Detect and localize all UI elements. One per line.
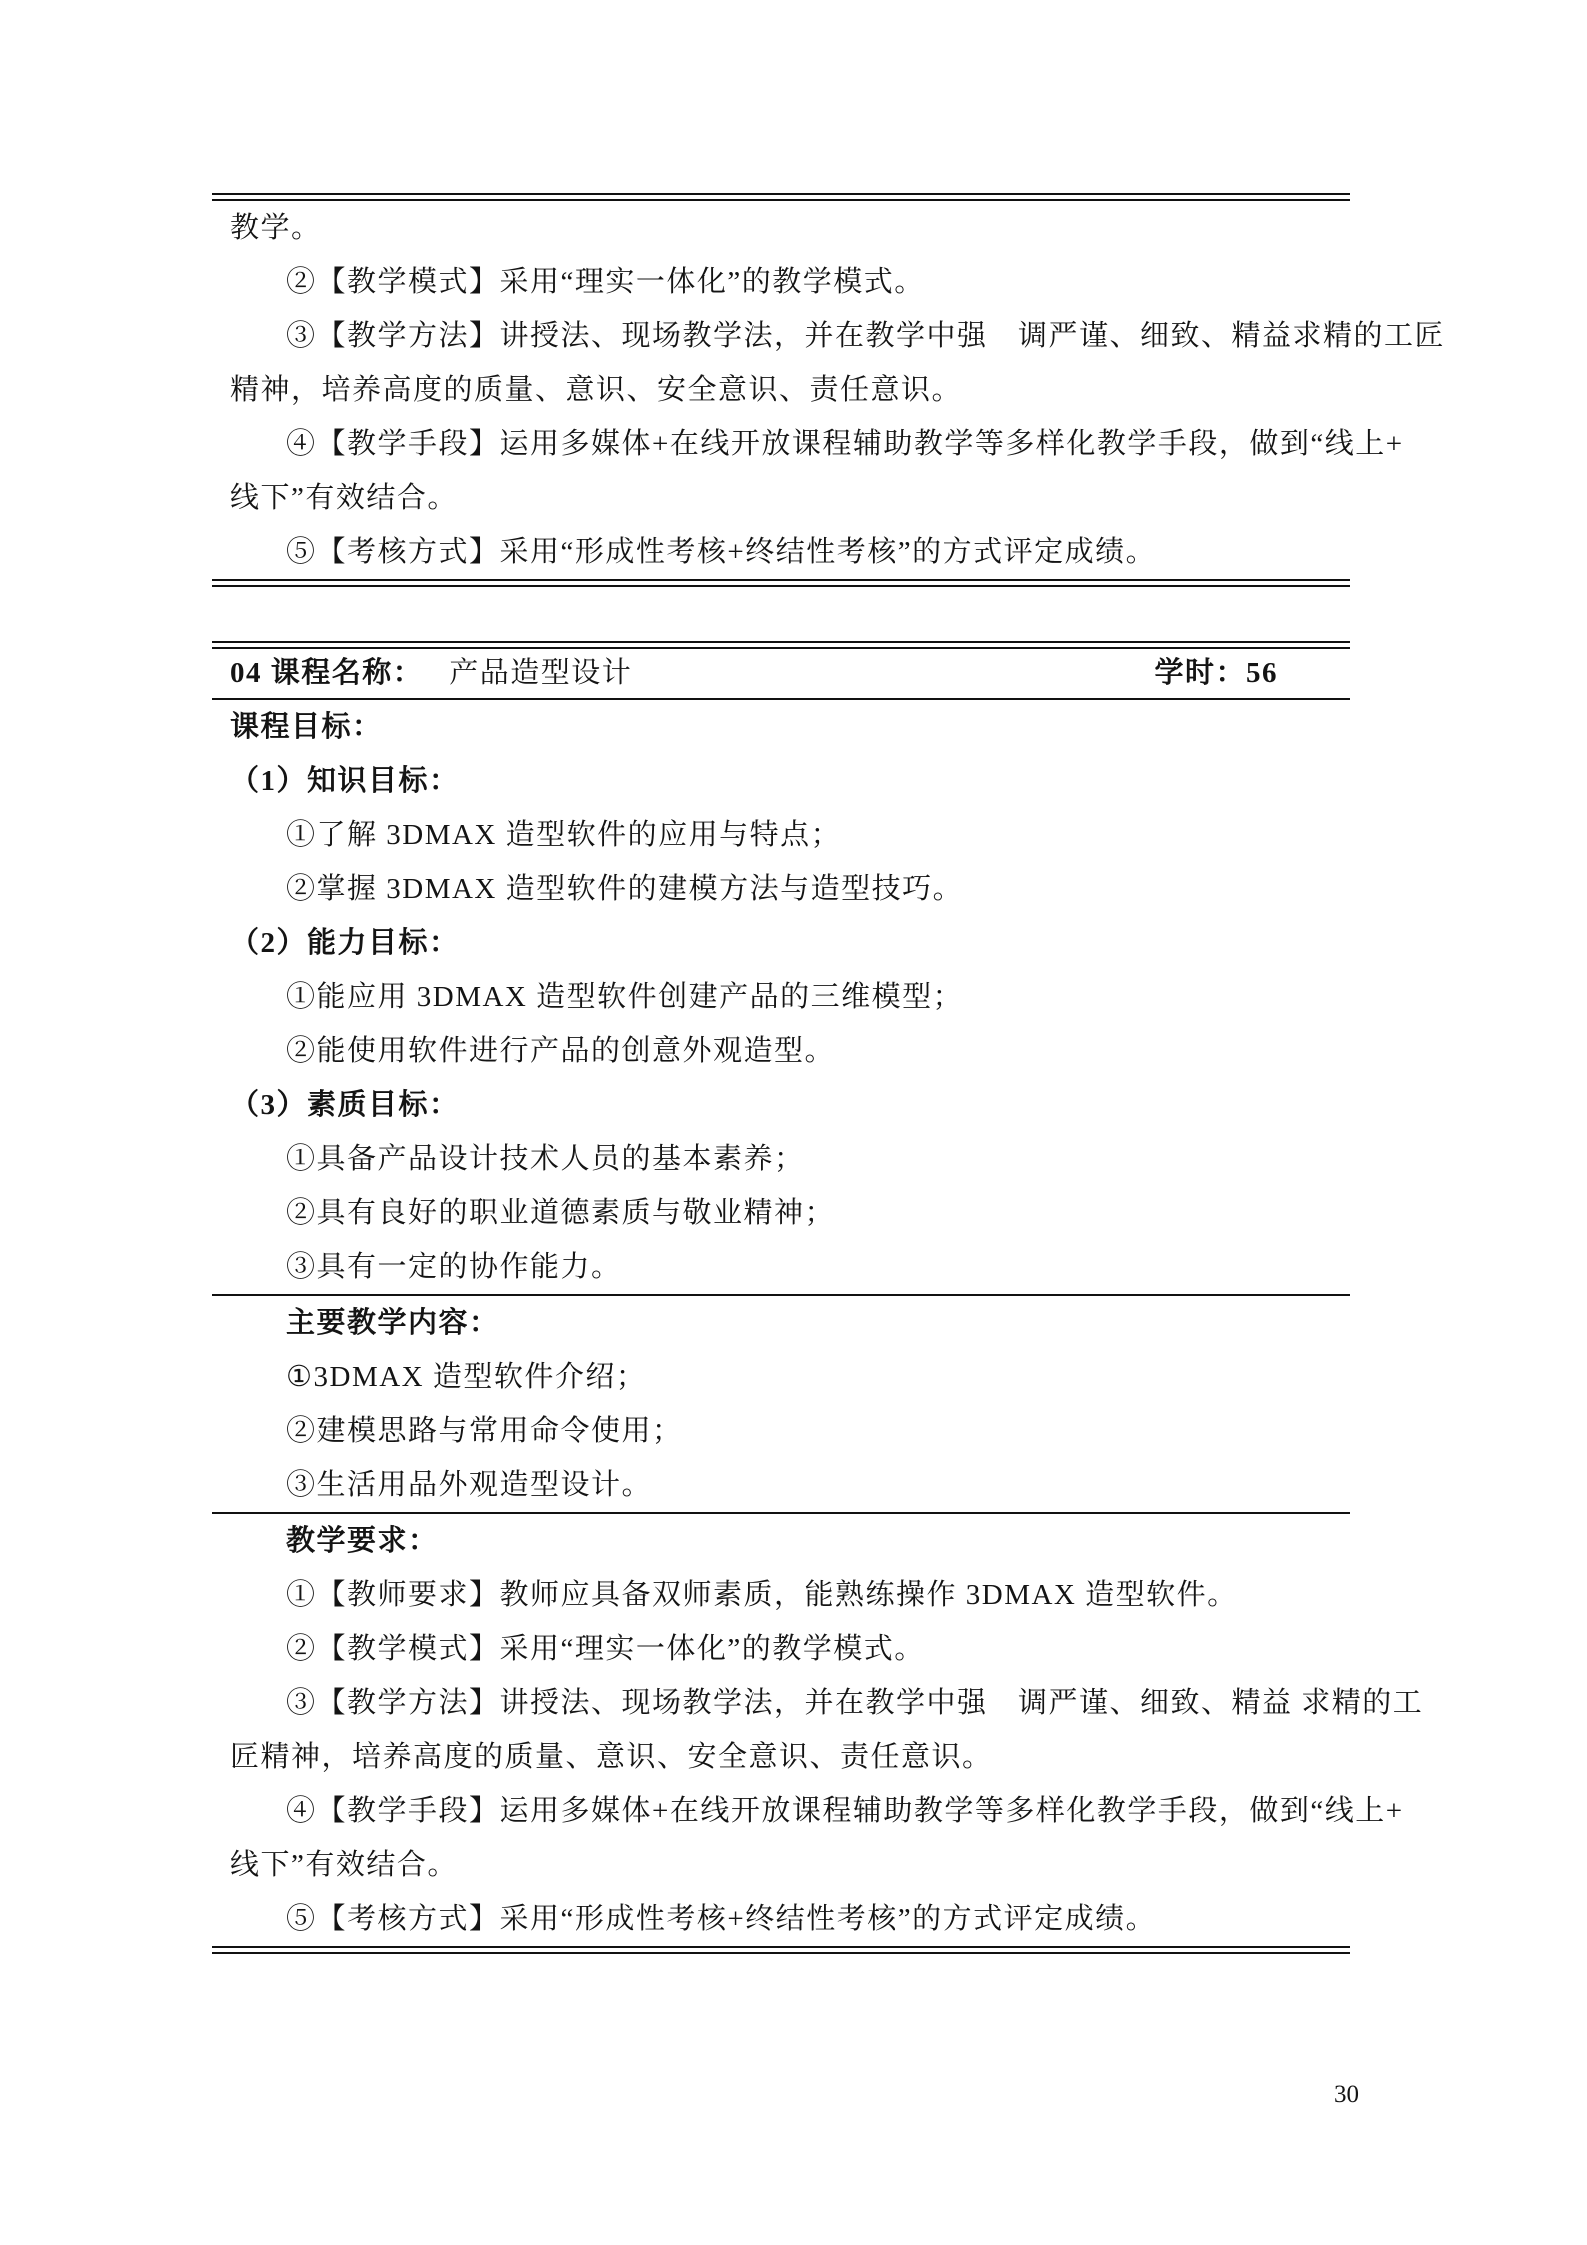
prev-course-teaching-requirements: 教学。 ②【教学模式】采用“理实一体化”的教学模式。 ③【教学方法】讲授法、现场… <box>212 201 1350 579</box>
teaching-content-section: 主要教学内容： ①3DMAX 造型软件介绍； ②建模思路与常用命令使用； ③生活… <box>212 1296 1350 1512</box>
section-title: 课程目标： <box>212 700 1350 754</box>
paragraph-line: ⑤【考核方式】采用“形成性考核+终结性考核”的方式评定成绩。 <box>212 525 1350 579</box>
hours-value: 56 <box>1246 657 1278 689</box>
course-goals-section: 课程目标： （1）知识目标： ①了解 3DMAX 造型软件的应用与特点； ②掌握… <box>212 700 1350 1294</box>
course-title: 04 课程名称：产品造型设计 <box>230 649 632 698</box>
table-border-double-top <box>212 193 1350 201</box>
hours-label: 学时： <box>1154 657 1246 689</box>
goal-heading: （1）知识目标： <box>212 754 1350 808</box>
goal-heading: （2）能力目标： <box>212 916 1350 970</box>
course-table-border-bottom <box>212 1946 1350 1954</box>
section-title: 主要教学内容： <box>212 1296 1350 1350</box>
goal-item: ②能使用软件进行产品的创意外观造型。 <box>212 1024 1350 1078</box>
requirement-line: ④【教学手段】运用多媒体+在线开放课程辅助教学等多样化教学手段，做到“线上+ <box>212 1784 1350 1838</box>
goal-item: ③具有一定的协作能力。 <box>212 1240 1350 1294</box>
document-page: 教学。 ②【教学模式】采用“理实一体化”的教学模式。 ③【教学方法】讲授法、现场… <box>0 0 1587 2245</box>
requirement-line: ⑤【考核方式】采用“形成性考核+终结性考核”的方式评定成绩。 <box>212 1892 1350 1946</box>
content-item: ③生活用品外观造型设计。 <box>212 1458 1350 1512</box>
paragraph-line: 线下”有效结合。 <box>212 471 1350 525</box>
paragraph-line: 精神，培养高度的质量、意识、安全意识、责任意识。 <box>212 363 1350 417</box>
goal-heading: （3）素质目标： <box>212 1078 1350 1132</box>
paragraph-line: ④【教学手段】运用多媒体+在线开放课程辅助教学等多样化教学手段，做到“线上+ <box>212 417 1350 471</box>
section-title: 教学要求： <box>212 1514 1350 1568</box>
goal-item: ②具有良好的职业道德素质与敬业精神； <box>212 1186 1350 1240</box>
goal-item: ①能应用 3DMAX 造型软件创建产品的三维模型； <box>212 970 1350 1024</box>
table-border-double-bottom <box>212 579 1350 587</box>
content-column: 教学。 ②【教学模式】采用“理实一体化”的教学模式。 ③【教学方法】讲授法、现场… <box>212 0 1350 1954</box>
course-hours: 学时：56 <box>1154 649 1278 698</box>
content-item: ②建模思路与常用命令使用； <box>212 1404 1350 1458</box>
content-item: ①3DMAX 造型软件介绍； <box>212 1350 1350 1404</box>
requirement-line: ②【教学模式】采用“理实一体化”的教学模式。 <box>212 1622 1350 1676</box>
teaching-requirements-section: 教学要求： ①【教师要求】教师应具备双师素质，能熟练操作 3DMAX 造型软件。… <box>212 1514 1350 1946</box>
course-header-row: 04 课程名称：产品造型设计 学时：56 <box>212 649 1350 698</box>
goal-item: ①了解 3DMAX 造型软件的应用与特点； <box>212 808 1350 862</box>
top-margin <box>212 0 1350 193</box>
goal-item: ①具备产品设计技术人员的基本素养； <box>212 1132 1350 1186</box>
requirement-line: 匠精神，培养高度的质量、意识、安全意识、责任意识。 <box>212 1730 1350 1784</box>
course-label: 04 课程名称： <box>230 657 423 689</box>
page-number: 30 <box>1334 2080 1359 2110</box>
paragraph-line: ③【教学方法】讲授法、现场教学法，并在教学中强 调严谨、细致、精益求精的工匠 <box>212 309 1350 363</box>
requirement-line: ③【教学方法】讲授法、现场教学法，并在教学中强 调严谨、细致、精益 求精的工 <box>212 1676 1350 1730</box>
requirement-line: 线下”有效结合。 <box>212 1838 1350 1892</box>
goal-item: ②掌握 3DMAX 造型软件的建模方法与造型技巧。 <box>212 862 1350 916</box>
course-name: 产品造型设计 <box>449 657 632 689</box>
requirement-line: ①【教师要求】教师应具备双师素质，能熟练操作 3DMAX 造型软件。 <box>212 1568 1350 1622</box>
table-gap <box>212 587 1350 641</box>
paragraph-line: ②【教学模式】采用“理实一体化”的教学模式。 <box>212 255 1350 309</box>
course-table-border-top <box>212 641 1350 649</box>
paragraph-line: 教学。 <box>212 201 1350 255</box>
